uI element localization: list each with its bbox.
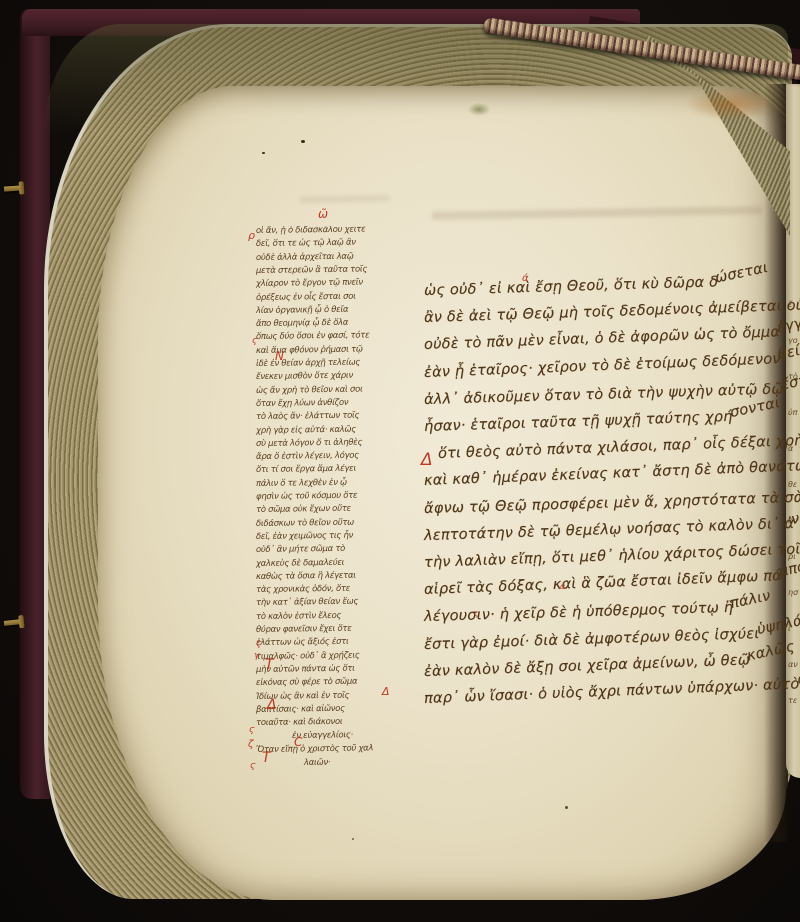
line-body: ἐὰν καλὸν δὲ ἄξῃ σοι χεῖρα ἀμείνων, ὦ θε… [424, 652, 751, 680]
left-column-line: τὰς χρονικὰς ὁδόν, ὅτε [256, 584, 350, 596]
red-initial: ϛ [250, 762, 255, 771]
left-column-line: ἐλάττων ὡς ἄξιός ἐστι [256, 637, 349, 649]
left-column-line: ὅπως δύο ὅσοι ἐν φασί, τότε [256, 331, 369, 344]
red-initial: ζ [248, 740, 253, 750]
left-column-line: ἔνεκεν μισθὸν ὅτε χάριν [256, 371, 353, 383]
green-stain [468, 103, 490, 116]
red-initial: Ν [275, 350, 284, 362]
rust-stain [686, 88, 776, 120]
left-column-line: ὅταν ἔχῃ λύων ἀνθίζον [256, 398, 348, 410]
clasp-pin [4, 619, 22, 626]
line-body: λέγουσιν· ἡ χεῖρ δὲ ἡ ὑπόθερμος τούτῳ ἢ [424, 600, 734, 625]
left-column-line: καὶ ἅμα φθόνον ῥήμασι τῷ [256, 344, 363, 356]
left-column-line: καθὼς τὰ ὅσια ἢ λέγεται [256, 570, 356, 582]
red-initial: ῶ [318, 208, 328, 220]
line-body: ἦσαν· ἑταῖροι ταῦτα τῇ ψυχῇ ταύτης χρή [424, 409, 733, 435]
line-body: ἂν δὲ ἀεὶ τῷ Θεῷ μὴ τοῖς δεδομένοις ἀμεί… [424, 297, 800, 326]
ink-speck [301, 140, 305, 143]
left-column-line: δεῖ, ὅτι τε ὡς τῷ λαῷ ἂν [256, 238, 356, 250]
left-column-line: οὐδ᾽ ἂν μήτε σῶμα τὸ [256, 544, 345, 556]
left-column-line: θύραν φανεῖσιν ἔχει ὅτε [256, 624, 352, 636]
facing-page-text-fragment: ύπ [788, 408, 797, 417]
line-body: ἄφνω τῷ Θεῷ προσφέρει μὲν ἅ, χρηστότατα … [424, 488, 800, 516]
main-column-line: ἦσαν· ἑταῖροι ταῦτα τῇ ψυχῇ ταύτης χρήσο… [424, 405, 784, 437]
left-column-line: ὅτι τί σοι ἔργα ἅμα λέγει [256, 464, 356, 476]
left-column-line: εἰκόνας σὺ φέρε τὸ σῶμα [256, 677, 357, 689]
line-body: λεπτοτάτην δὲ τῷ θεμέλῳ νοήσας τὸ καλὸν … [424, 516, 795, 544]
red-initial: Τ [265, 658, 274, 672]
left-column-line: σὺ μετὰ λόγον ὅ τι ἀληθὲς [256, 437, 362, 449]
left-column-line: χαλκεὺς δὲ δαμαλεύει [256, 557, 344, 569]
left-column-line: πάλιν ὅ τε λεχθὲν ἐν ᾧ [256, 477, 347, 489]
red-initial: ά [560, 583, 565, 591]
left-column-line: λίαν ὀργανικῇ ᾧ ὁ θεῖα [256, 305, 348, 317]
left-column-line: Ὅταν εἴπῃ ὁ χριστὸς τοῦ χαλ [256, 743, 373, 756]
left-column-line: οὐδὲ ἀλλὰ ἀρχεῖται λαῷ [256, 251, 354, 263]
red-initial: ϛ [252, 337, 257, 346]
red-initial: ς [474, 610, 479, 618]
left-column-line: δεῖ, ἐὰν χειμῶνος τις ἦν [256, 531, 353, 543]
left-column-line: τὸ σῶμα οὐκ ἔχων οὔτε [256, 504, 351, 516]
line-body: ἔστι γὰρ ἐμοί· διὰ δὲ ἀμφοτέρων θεὸς ἰσχ… [424, 626, 760, 653]
ink-speck [565, 806, 568, 809]
red-initial: Δ [382, 686, 390, 697]
red-initial: ά [522, 274, 529, 284]
left-column-line: τὸ λαὸς ἄν· ἐλάττων τοῖς [256, 411, 359, 423]
left-column-line: ἰδὲ ἐν θείαν ἀρχῇ τελείως [256, 358, 360, 370]
left-column-line: φησὶν ὡς τοῦ κόσμου ὅτε [256, 491, 357, 503]
red-initial: ρ [248, 230, 255, 241]
line-tail: πάλιν [729, 586, 773, 614]
facing-page-text-fragment: ησ [788, 588, 798, 597]
left-column-line: χρὴ γὰρ εἰς αὐτά· καλῶς [256, 424, 356, 436]
left-column-line: οἱ ἄν, ᾗ ὁ διδασκάλου χεῖτε [256, 226, 365, 237]
left-column-line: ὡς ἄν χρὴ τὸ θεῖον καὶ σοι [256, 384, 363, 396]
manuscript-photo: ἔγοτὸύπἀθεονριησὶαντε οἱ ἄν, ᾗ ὁ διδασκά… [0, 0, 800, 922]
left-column-line: τὸ καλὸν ἐστὶν ἔλεος [256, 610, 341, 622]
line-body: παρ᾽ ὧν ἴσασι· ὁ υἱὸς ἄχρι πάντων ὑπάρχω… [424, 676, 800, 707]
main-column-line: ἄφνω τῷ Θεῷ προσφέρει μὲν ἅ, χρηστότατα … [424, 485, 800, 519]
left-column-line: ὀρέξεως ἐν οἷς ἔσται σοι [256, 291, 356, 303]
left-column-line: τὴν κατ᾽ ἀξίαν θείαν ἕως [256, 597, 358, 609]
left-column-line: ἄρα ὅ ἐστὶν λέγειν, λόγος [256, 451, 359, 463]
red-initial: Δ [421, 452, 433, 469]
line-body: ἐὰν ᾖ ἑταῖρος· χεῖρον τὸ δὲ ἑτοίμως δεδό… [424, 351, 781, 381]
facing-page-text-fragment: τε [788, 696, 797, 705]
left-column-line: μετὰ στερεῶν ἃ ταῦτα τοῖς [256, 264, 367, 277]
clasp-pin [4, 185, 22, 191]
left-column-line: λαιῶν· [304, 758, 330, 769]
red-initial: Δ [267, 698, 277, 712]
left-column-line: ἄπο θεομηνίᾳ ᾧ δὲ ὅλα [256, 318, 348, 330]
ink-speck [352, 838, 354, 840]
main-text-column: ὡς οὐδ᾽ εἰ καὶ ἔσῃ Θεοῦ, ὅτι κὺ δῶρα δώσ… [424, 281, 776, 731]
left-column-line: τοιαῦτα· καὶ διάκονοι [256, 717, 343, 729]
red-initial: Ϲ [294, 736, 302, 748]
red-initial: γ [254, 652, 259, 661]
left-column-line: χλίαρον τὸ ἔργον τῷ πνεῖν [256, 278, 363, 290]
red-initial: Τ [262, 751, 271, 765]
line-body: οὐδὲ τὸ πᾶν μὲν εἶναι, ὁ δὲ ἀφορῶν ὡς τὸ… [424, 325, 781, 354]
left-column-line: διδάσκων τὸ θεῖον οὕτω [256, 517, 354, 529]
ink-speck [262, 152, 265, 154]
red-initial: ϛ [249, 726, 254, 735]
red-initial: ϛ [256, 640, 261, 649]
